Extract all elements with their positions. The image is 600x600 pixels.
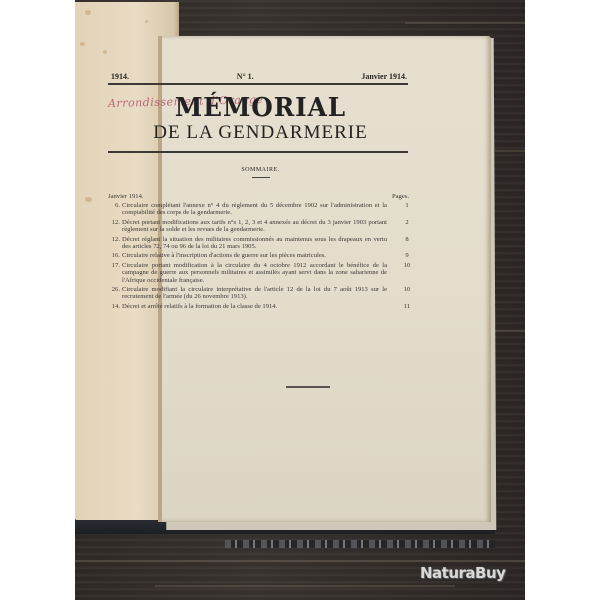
foxing-spot (145, 20, 148, 23)
masthead-issue: N° 1. (237, 72, 254, 81)
toc-entry-text: Décret réglant la situation des militair… (122, 236, 401, 251)
toc-entry: 16.Circulaire relative à l'inscription d… (108, 252, 413, 259)
wood-grain (155, 585, 455, 587)
toc-entry: 17.Circulaire portant modification à la … (108, 262, 413, 284)
section-label: SOMMAIRE. (108, 167, 413, 173)
toc-entry-page: 1 (401, 202, 413, 217)
section-rule (252, 177, 270, 178)
wood-grain (495, 150, 525, 152)
toc-entry-text: Décret portant modifications aux tarifs … (122, 219, 401, 234)
title-rule (108, 151, 408, 153)
wood-grain (495, 330, 525, 332)
watermark: NaturaBuy (420, 564, 505, 582)
toc-entry: 12.Décret réglant la situation des milit… (108, 236, 413, 251)
toc-entry: 14.Décret et arrêté relatifs à la format… (108, 303, 413, 310)
end-rule (286, 386, 330, 388)
toc-entry-num: 12. (108, 236, 122, 251)
toc-entry-num: 14. (108, 303, 122, 310)
toc-entry: 12.Décret portant modifications aux tari… (108, 219, 413, 234)
toc-entry-text: Circulaire portant modification à la cir… (122, 262, 401, 284)
document-page: 1914. N° 1. Janvier 1914. Arrondissement… (108, 72, 413, 310)
document-title: MÉMORIAL (116, 93, 406, 123)
wood-grain (75, 560, 525, 562)
wood-grain (405, 22, 525, 24)
toc-month-heading: Janvier 1914. (108, 193, 144, 200)
toc-entry-page: 11 (401, 303, 413, 310)
toc-entry-text: Circulaire complétant l'annexe n° 4 du r… (122, 202, 401, 217)
toc-entry-page: 9 (401, 252, 413, 259)
toc-entry-page: 2 (401, 219, 413, 234)
masthead-date: Janvier 1914. (361, 72, 407, 81)
table-of-contents: Janvier 1914. Pages. 6.Circulaire complé… (108, 193, 413, 311)
toc-entry-text: Circulaire relative à l'inscription d'ac… (122, 252, 401, 259)
masthead: 1914. N° 1. Janvier 1914. (108, 72, 413, 81)
document-subtitle: DE LA GENDARMERIE (108, 122, 413, 144)
foxing-spot (103, 50, 107, 54)
toc-entry-num: 16. (108, 252, 122, 259)
toc-entry-num: 26. (108, 286, 122, 301)
foxing-spot (80, 42, 85, 46)
toc-entry-num: 6. (108, 202, 122, 217)
masthead-year: 1914. (111, 72, 129, 81)
toc-entry: 26.Circulaire modifiant la circulaire in… (108, 286, 413, 301)
marbled-binding (225, 540, 495, 548)
toc-entry-num: 12. (108, 219, 122, 234)
header-rule (108, 83, 408, 85)
foxing-spot (85, 10, 91, 15)
toc-entry-page: 8 (401, 236, 413, 251)
toc-entry-num: 17. (108, 262, 122, 284)
toc-entry-page: 10 (401, 286, 413, 301)
toc-entry: 6.Circulaire complétant l'annexe n° 4 du… (108, 202, 413, 217)
toc-entry-text: Décret et arrêté relatifs à la formation… (122, 303, 401, 310)
foxing-spot (85, 197, 92, 202)
toc-entry-text: Circulaire modifiant la circulaire inter… (122, 286, 401, 301)
toc-entry-page: 10 (401, 262, 413, 284)
toc-pages-label: Pages. (392, 193, 409, 200)
